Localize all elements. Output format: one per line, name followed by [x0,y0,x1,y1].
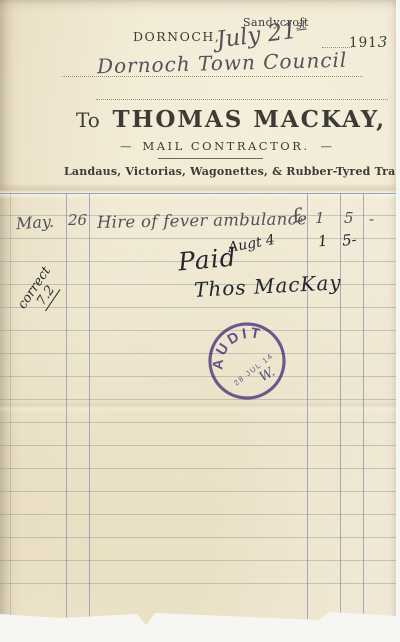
town-label: DORNOCH, [133,29,220,44]
role-line: — MAIL CONTRACTOR. — [120,139,332,153]
entry-pence: - [369,210,374,228]
date-day: July 21 [215,18,299,54]
entry-pounds: 1 [315,209,325,227]
audit-pounds: 1 [317,232,328,251]
year-hand-digit: 3 [378,33,389,51]
entry-description: Hire of fever ambulance [97,209,308,232]
entry-day: 26 [68,211,87,229]
to-prefix: To [76,108,100,132]
audit-shillings: 5- [341,230,357,249]
role-underline [158,158,263,159]
addressee-dotted-line [62,76,363,77]
dash-right: — [321,139,333,153]
handwritten-date: July 21st [215,17,309,54]
invoice-paper: Sandycroft DORNOCH, July 21st 1913 Dorno… [0,0,396,626]
receipt-word: Paid [177,243,238,277]
year-digits: 191 [349,35,378,51]
second-dotted-line [96,99,388,100]
day-column-rule [89,193,90,619]
shillings-column-rule [340,193,341,619]
date-suffix: st [295,18,307,32]
bill-to-line: To THOMAS MACKAY, [76,106,386,133]
pounds-column-rule [307,193,308,619]
services-tagline: Landaus, Victorias, Wagonettes, & Rubber… [64,165,400,178]
entry-shillings: 5 [344,209,354,227]
entry-month: May. [15,212,54,234]
addressee-line: Dornoch Town Council [97,48,348,79]
contractor-name: THOMAS MACKAY, [113,106,387,133]
pence-column-rule [363,193,364,619]
date-column-rule [66,193,67,619]
dash-left: — [120,139,132,153]
year-printed: 1913 [349,33,388,51]
role-label: MAIL CONTRACTOR. [142,139,309,153]
margin-rule [10,193,11,619]
